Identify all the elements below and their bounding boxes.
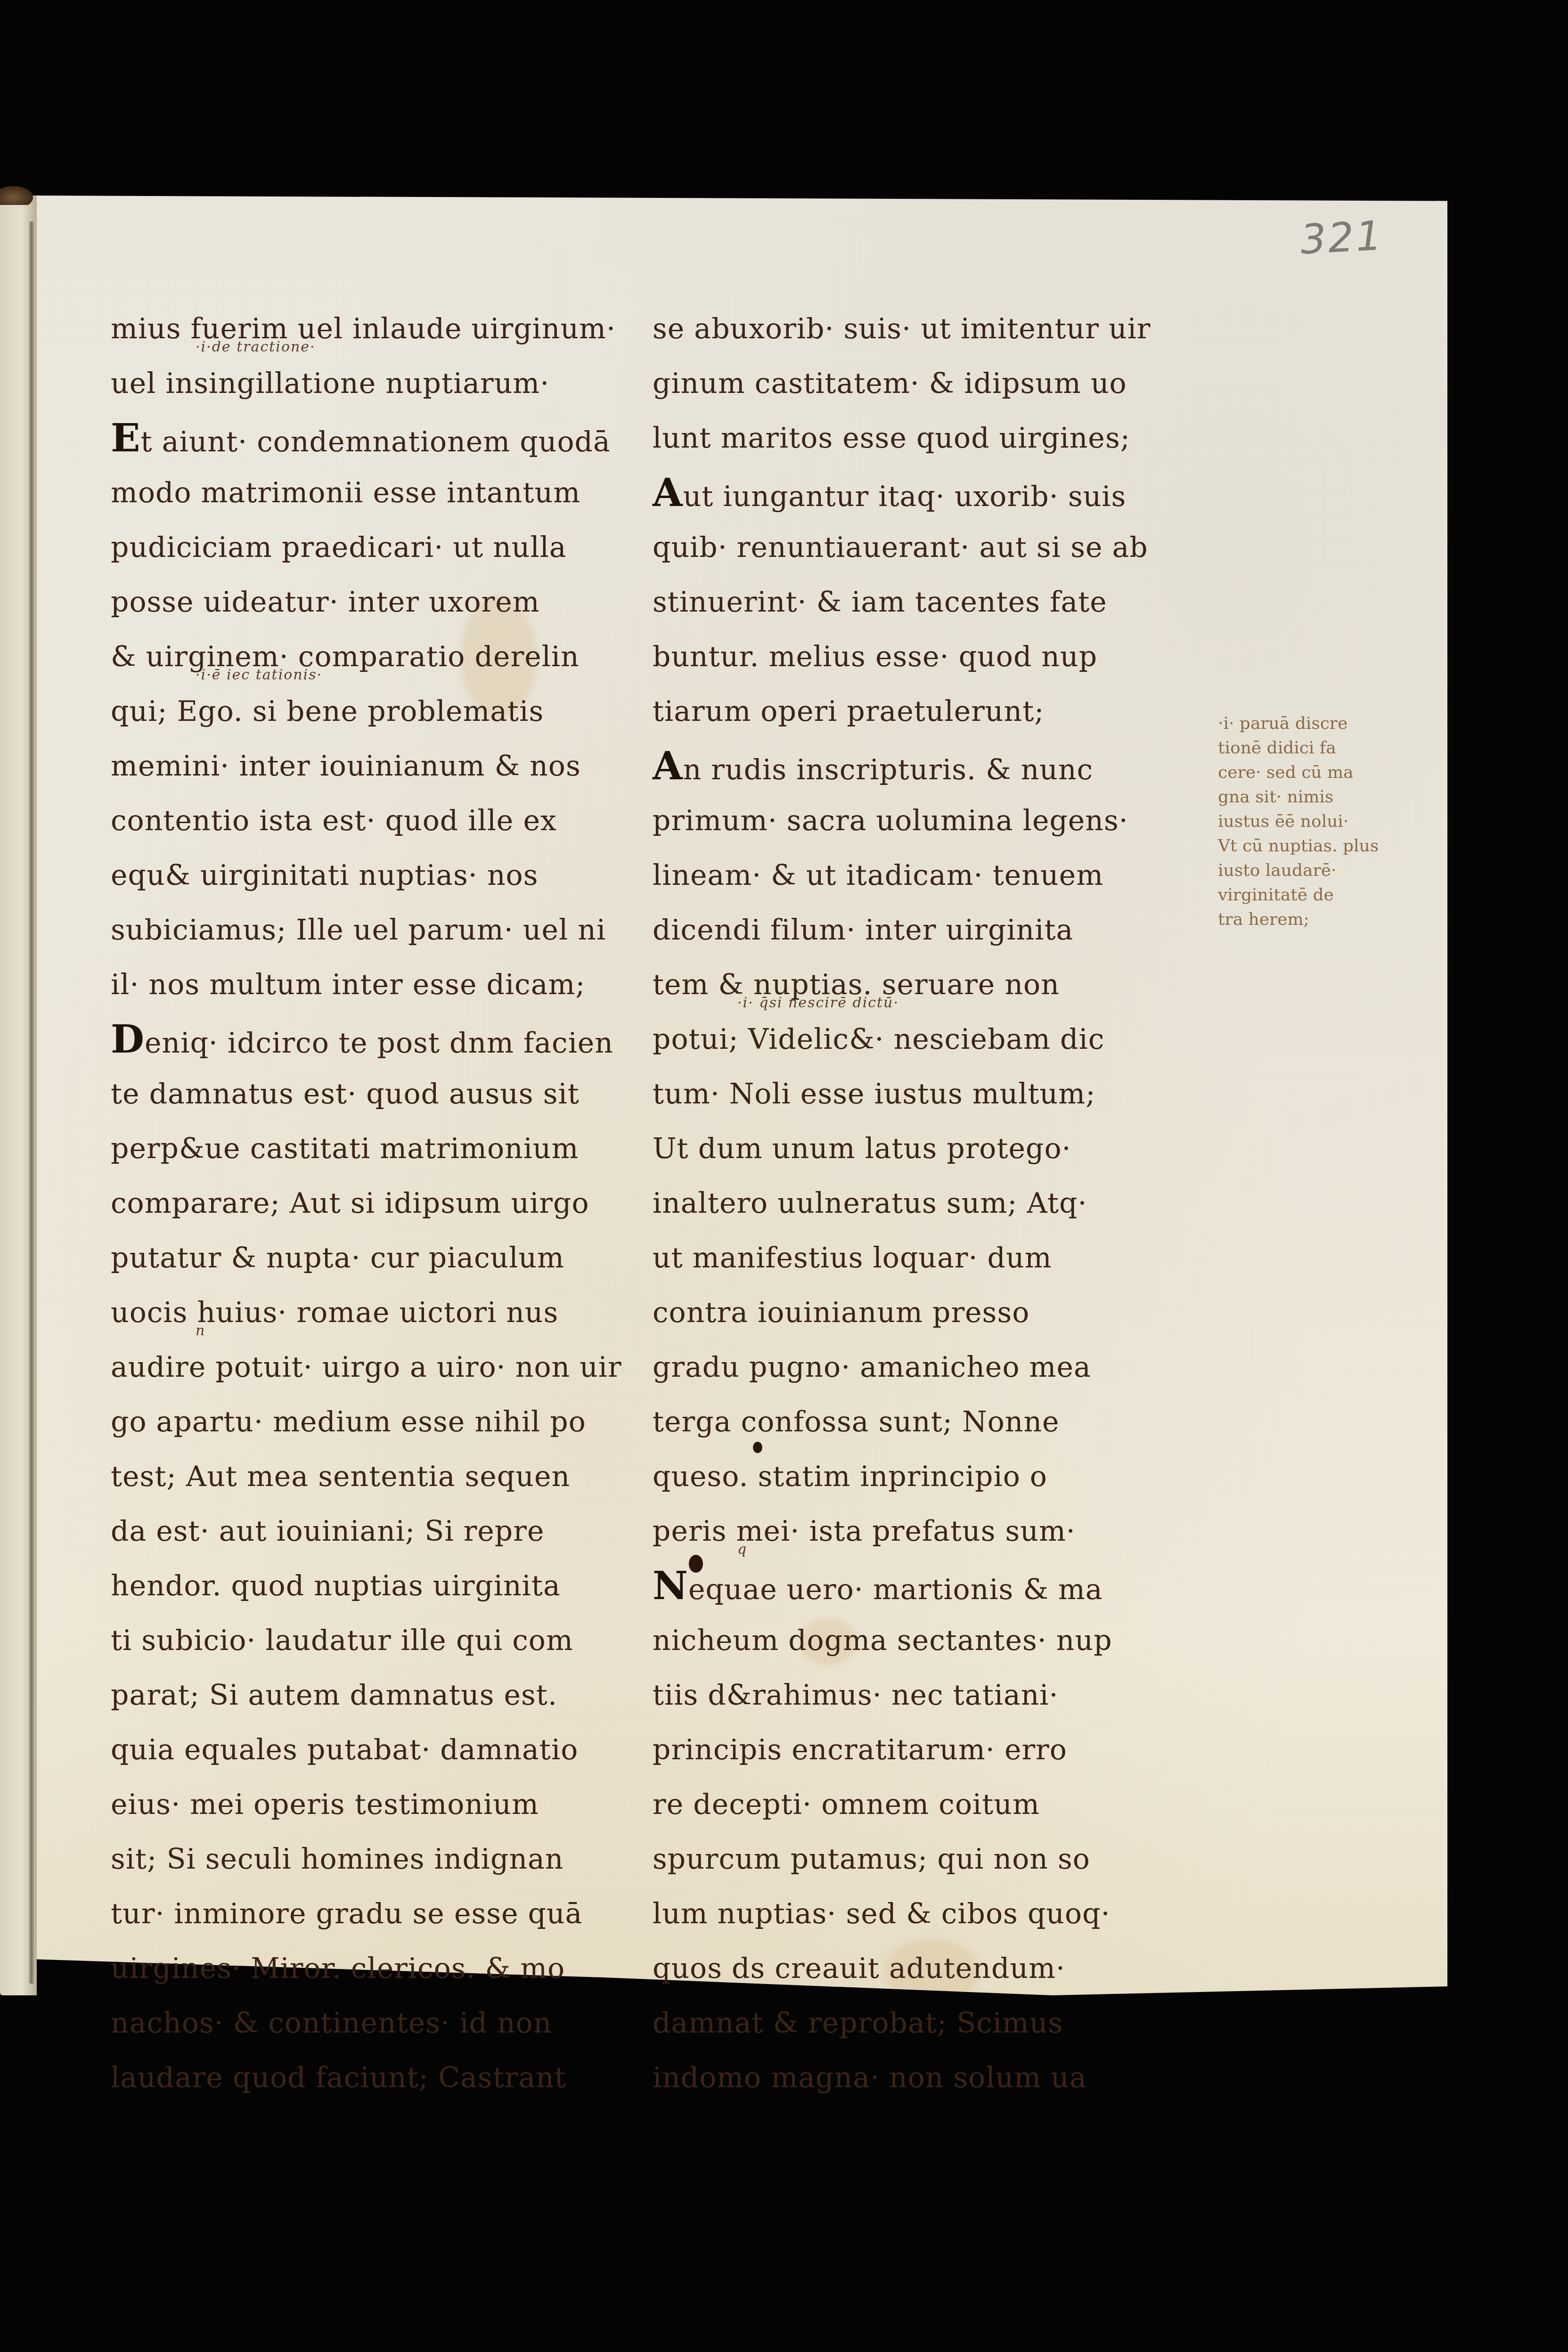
text-line: laudare quod faciunt; Castrant — [111, 2050, 662, 2105]
text-line: nachos· & continentes· id non — [111, 1996, 662, 2050]
interlinear-gloss: ·i· q̄si nescirē dictū· — [737, 996, 899, 1010]
text-line: ·i·ē iec tationis·qui; Ego. si bene prob… — [111, 684, 662, 739]
text-line: da est· aut iouiniani; Si repre — [111, 1504, 662, 1559]
line-text: comparare; Aut si idipsum uirgo — [111, 1187, 589, 1220]
initial-letter: N — [653, 1563, 688, 1609]
line-text: il· nos multum inter esse dicam; — [111, 968, 586, 1001]
line-text: buntur. melius esse· quod nup — [653, 640, 1097, 673]
ink-blot — [689, 1555, 703, 1573]
line-text: ginum castitatem· & idipsum uo — [653, 367, 1127, 400]
text-line: An rudis inscripturis. & nunc — [653, 739, 1218, 793]
text-line: gradu pugno· amanicheo mea — [653, 1340, 1218, 1395]
text-line: dicendi filum· inter uirginita — [653, 903, 1218, 957]
text-line: ·i· q̄si nescirē dictū·potui; Videlic&· … — [653, 1012, 1218, 1067]
text-line: go apartu· medium esse nihil po — [111, 1395, 662, 1449]
binding-gutter — [29, 221, 34, 1984]
text-line: putatur & nupta· cur piaculum — [111, 1231, 662, 1285]
line-text: perp&ue castitati matrimonium — [111, 1132, 579, 1165]
line-text: lineam· & ut itadicam· tenuem — [653, 859, 1103, 892]
marginal-gloss-line: Vt cū nuptias. plus — [1218, 834, 1406, 858]
line-text: queso. statim inprincipio o — [653, 1460, 1047, 1493]
text-line: uirgines· Miror. clericos. & mo — [111, 1941, 662, 1996]
text-line: & uirginem· comparatio derelin — [111, 629, 662, 684]
line-text: uocis huius· romae uictori nus — [111, 1296, 558, 1329]
text-line: naudire potuit· uirgo a uiro· non uir — [111, 1340, 662, 1395]
line-text: modo matrimonii esse intantum — [111, 476, 580, 509]
line-text: terga confossa sunt; Nonne — [653, 1405, 1060, 1438]
line-text: potui; Videlic&· nesciebam dic — [653, 1023, 1104, 1056]
line-text: tiis d&rahimus· nec tatiani· — [653, 1679, 1059, 1712]
text-line: posse uideatur· inter uxorem — [111, 575, 662, 629]
line-text: principis encratitarum· erro — [653, 1733, 1067, 1766]
folio-number: 321 — [1299, 212, 1385, 263]
text-line: test; Aut mea sententia sequen — [111, 1449, 662, 1504]
text-line: ·i·de tractione·uel insingillatione nupt… — [111, 356, 662, 411]
line-text: da est· aut iouiniani; Si repre — [111, 1515, 544, 1548]
line-text: eius· mei operis testimonium — [111, 1788, 539, 1821]
line-text: contentio ista est· quod ille ex — [111, 804, 557, 837]
text-line: eius· mei operis testimonium — [111, 1777, 662, 1832]
marginal-gloss-line: gna sit· nimis — [1218, 785, 1406, 809]
text-column-left: mius fuerim uel inlaude uirginum··i·de t… — [111, 302, 662, 2105]
text-line: lum nuptias· sed & cibos quoq· — [653, 1886, 1218, 1941]
line-text: spurcum putamus; qui non so — [653, 1843, 1090, 1876]
text-line: queso. statim inprincipio o — [653, 1449, 1218, 1504]
line-text: contra iouinianum presso — [653, 1296, 1029, 1329]
line-text: hendor. quod nuptias uirginita — [111, 1569, 561, 1602]
interlinear-gloss: q — [737, 1543, 747, 1557]
line-text: equ& uirginitati nuptias· nos — [111, 859, 539, 892]
text-line: tiis d&rahimus· nec tatiani· — [653, 1668, 1218, 1723]
initial-letter: A — [653, 470, 683, 515]
line-text: lunt maritos esse quod uirgines; — [653, 422, 1130, 455]
text-line: indomo magna· non solum ua — [653, 2050, 1218, 2105]
text-line: principis encratitarum· erro — [653, 1723, 1218, 1777]
line-text: t aiunt· condemnationem quodā — [141, 425, 611, 458]
text-column-right: se abuxorib· suis· ut imitentur uirginum… — [653, 302, 1218, 2105]
line-text: tiarum operi praetulerunt; — [653, 695, 1044, 728]
marginal-gloss-line: iustus ēē nolui· — [1218, 809, 1406, 834]
line-text: laudare quod faciunt; Castrant — [111, 2061, 566, 2094]
marginal-gloss-line: tra herem; — [1218, 907, 1406, 932]
line-text: primum· sacra uolumina legens· — [653, 804, 1128, 837]
text-line: quia equales putabat· damnatio — [111, 1723, 662, 1777]
line-text: quia equales putabat· damnatio — [111, 1733, 578, 1766]
interlinear-gloss: ·i·de tractione· — [196, 340, 316, 354]
text-line: tiarum operi praetulerunt; — [653, 684, 1218, 739]
text-line: comparare; Aut si idipsum uirgo — [111, 1176, 662, 1231]
text-line: modo matrimonii esse intantum — [111, 465, 662, 520]
line-text: uel insingillatione nuptiarum· — [111, 367, 549, 400]
text-line: stinuerint· & iam tacentes fate — [653, 575, 1218, 629]
line-text: tur· inminore gradu se esse quā — [111, 1897, 582, 1930]
line-text: dicendi filum· inter uirginita — [653, 914, 1073, 947]
line-text: putatur & nupta· cur piaculum — [111, 1241, 564, 1274]
line-text: stinuerint· & iam tacentes fate — [653, 586, 1107, 619]
text-line: il· nos multum inter esse dicam; — [111, 957, 662, 1012]
text-line: Aut iungantur itaq· uxorib· suis — [653, 465, 1218, 520]
text-line: terga confossa sunt; Nonne — [653, 1395, 1218, 1449]
line-text: eniq· idcirco te post dnm facien — [145, 1027, 613, 1060]
line-text: se abuxorib· suis· ut imitentur uir — [653, 312, 1151, 345]
ink-blot — [753, 1442, 762, 1453]
marginal-gloss-line: virginitatē de — [1218, 883, 1406, 907]
text-line: subiciamus; Ille uel parum· uel ni — [111, 903, 662, 957]
line-text: memini· inter iouinianum & nos — [111, 750, 581, 783]
text-line: nicheum dogma sectantes· nup — [653, 1613, 1218, 1668]
line-text: peris mei· ista prefatus sum· — [653, 1515, 1076, 1548]
line-text: Ut dum unum latus protego· — [653, 1132, 1071, 1165]
line-text: audire potuit· uirgo a uiro· non uir — [111, 1351, 622, 1384]
text-line: lunt maritos esse quod uirgines; — [653, 411, 1218, 465]
line-text: uirgines· Miror. clericos. & mo — [111, 1952, 565, 1985]
line-text: lum nuptias· sed & cibos quoq· — [653, 1897, 1111, 1930]
text-line: primum· sacra uolumina legens· — [653, 793, 1218, 848]
text-line: tum· Noli esse iustus multum; — [653, 1067, 1218, 1121]
text-line: contentio ista est· quod ille ex — [111, 793, 662, 848]
line-text: inaltero uulneratus sum; Atq· — [653, 1187, 1087, 1220]
line-text: & uirginem· comparatio derelin — [111, 640, 580, 673]
text-line: memini· inter iouinianum & nos — [111, 739, 662, 793]
line-text: pudiciciam praedicari· ut nulla — [111, 531, 567, 564]
line-text: re decepti· omnem coitum — [653, 1788, 1040, 1821]
line-text: sit; Si seculi homines indignan — [111, 1843, 564, 1876]
text-line: pudiciciam praedicari· ut nulla — [111, 520, 662, 575]
initial-letter: D — [111, 1017, 145, 1062]
initial-letter: E — [111, 416, 141, 461]
line-text: ut manifestius loquar· dum — [653, 1241, 1052, 1274]
line-text: n rudis inscripturis. & nunc — [683, 753, 1094, 786]
text-line: buntur. melius esse· quod nup — [653, 629, 1218, 684]
line-text: equae uero· martionis & ma — [688, 1573, 1103, 1606]
text-line: tur· inminore gradu se esse quā — [111, 1886, 662, 1941]
line-text: qui; Ego. si bene problematis — [111, 695, 544, 728]
text-line: perp&ue castitati matrimonium — [111, 1121, 662, 1176]
text-line: qNequae uero· martionis & ma — [653, 1559, 1218, 1613]
line-text: damnat & reprobat; Scimus — [653, 2007, 1063, 2040]
text-line: re decepti· omnem coitum — [653, 1777, 1218, 1832]
text-line: inaltero uulneratus sum; Atq· — [653, 1176, 1218, 1231]
line-text: nicheum dogma sectantes· nup — [653, 1624, 1112, 1657]
line-text: te damnatus est· quod ausus sit — [111, 1078, 580, 1111]
marginal-gloss-line: iusto laudarē· — [1218, 858, 1406, 883]
marginal-gloss-line: cere· sed cū ma — [1218, 760, 1406, 785]
text-line: parat; Si autem damnatus est. — [111, 1668, 662, 1723]
interlinear-gloss: n — [196, 1324, 205, 1338]
manuscript-viewer: 321 mius fuerim uel inlaude uirginum··i·… — [0, 0, 1568, 2352]
text-line: Deniq· idcirco te post dnm facien — [111, 1012, 662, 1067]
text-line: damnat & reprobat; Scimus — [653, 1996, 1218, 2050]
text-line: Ut dum unum latus protego· — [653, 1121, 1218, 1176]
line-text: mius fuerim uel inlaude uirginum· — [111, 312, 616, 345]
line-text: quos ds creauit adutendum· — [653, 1952, 1065, 1985]
text-line: se abuxorib· suis· ut imitentur uir — [653, 302, 1218, 356]
text-line: ginum castitatem· & idipsum uo — [653, 356, 1218, 411]
text-line: uocis huius· romae uictori nus — [111, 1285, 662, 1340]
line-text: nachos· & continentes· id non — [111, 2007, 552, 2040]
line-text: go apartu· medium esse nihil po — [111, 1405, 586, 1438]
line-text: parat; Si autem damnatus est. — [111, 1679, 557, 1712]
line-text: ut iungantur itaq· uxorib· suis — [683, 480, 1127, 513]
initial-letter: A — [653, 743, 683, 789]
text-line: contra iouinianum presso — [653, 1285, 1218, 1340]
text-line: quib· renuntiauerant· aut si se ab — [653, 520, 1218, 575]
text-line: sit; Si seculi homines indignan — [111, 1832, 662, 1886]
text-line: lineam· & ut itadicam· tenuem — [653, 848, 1218, 903]
text-line: te damnatus est· quod ausus sit — [111, 1067, 662, 1121]
line-text: subiciamus; Ille uel parum· uel ni — [111, 914, 606, 947]
line-text: tum· Noli esse iustus multum; — [653, 1078, 1095, 1111]
line-text: quib· renuntiauerant· aut si se ab — [653, 531, 1148, 564]
line-text: indomo magna· non solum ua — [653, 2061, 1087, 2094]
text-line: spurcum putamus; qui non so — [653, 1832, 1218, 1886]
interlinear-gloss: ·i·ē iec tationis· — [196, 668, 322, 682]
marginal-gloss-line: ·i· paruā discre — [1218, 711, 1406, 736]
text-line: hendor. quod nuptias uirginita — [111, 1559, 662, 1613]
line-text: ti subicio· laudatur ille qui com — [111, 1624, 573, 1657]
text-line: equ& uirginitati nuptias· nos — [111, 848, 662, 903]
line-text: posse uideatur· inter uxorem — [111, 586, 540, 619]
line-text: test; Aut mea sententia sequen — [111, 1460, 570, 1493]
marginal-gloss-line: tionē didici fa — [1218, 736, 1406, 760]
text-line: ti subicio· laudatur ille qui com — [111, 1613, 662, 1668]
marginal-gloss: ·i· paruā discretionē didici facere· sed… — [1218, 711, 1406, 932]
text-line: quos ds creauit adutendum· — [653, 1941, 1218, 1996]
text-line: mius fuerim uel inlaude uirginum· — [111, 302, 662, 356]
text-line: Et aiunt· condemnationem quodā — [111, 411, 662, 465]
text-line: ut manifestius loquar· dum — [653, 1231, 1218, 1285]
line-text: gradu pugno· amanicheo mea — [653, 1351, 1091, 1384]
